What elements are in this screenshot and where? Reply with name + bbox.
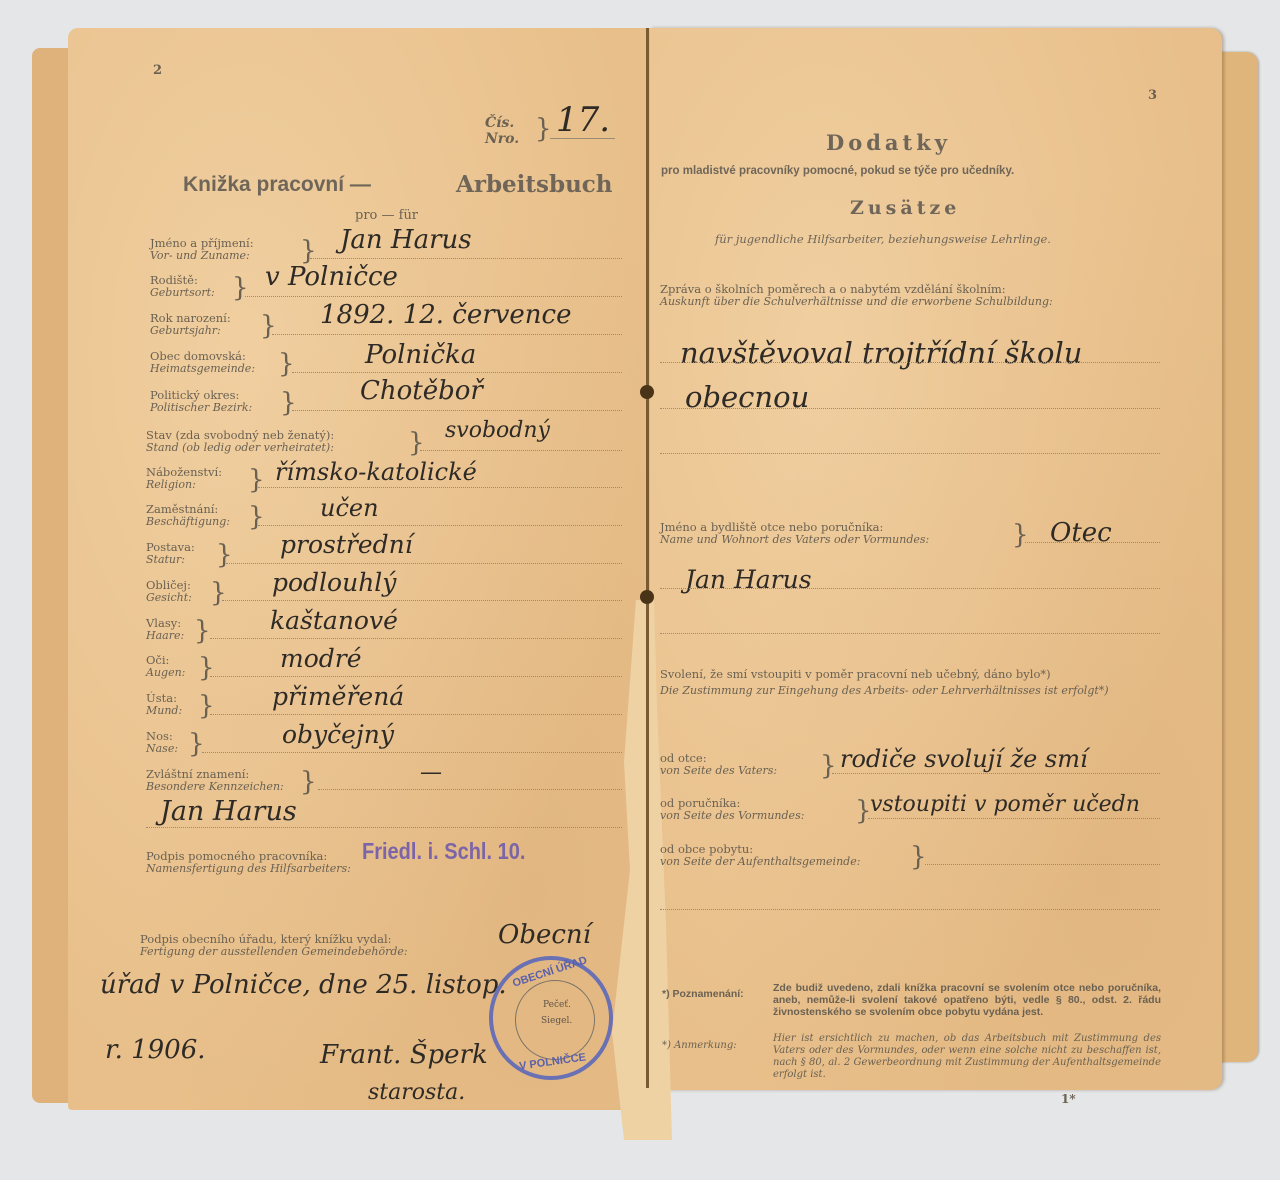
title-dodatky: Dodatky xyxy=(826,130,951,155)
field-line xyxy=(258,487,622,488)
page-number-left: 2 xyxy=(153,63,162,78)
label: *) Poznamenání: xyxy=(662,988,744,1000)
field-stature: Postava: Statur: xyxy=(146,541,195,566)
field-line xyxy=(272,334,622,335)
brace: } xyxy=(300,238,317,264)
field-occupation: Zaměstnání: Beschäftigung: xyxy=(146,503,230,528)
school-label: Zpráva o školních poměrech a o nabytém v… xyxy=(660,283,1053,308)
field-line xyxy=(210,676,622,677)
field-label-de: Nase: xyxy=(146,743,178,755)
field-line xyxy=(420,450,622,451)
brace: } xyxy=(820,753,837,779)
subtitle-cz: pro mladistvé pracovníky pomocné, pokud … xyxy=(661,165,1014,177)
consent-label: Svolení, že smí vstoupiti v poměr pracov… xyxy=(660,668,1160,697)
mayor-signature: Frant. Šperk xyxy=(320,1040,488,1070)
field-line xyxy=(310,258,622,259)
field-eyes: Oči: Augen: xyxy=(146,654,185,679)
consent-line-guardian xyxy=(868,818,1160,819)
office-text-2: úřad v Polničce, dne 25. listop. xyxy=(100,970,507,1000)
field-label-de: Haare: xyxy=(146,630,184,642)
office-text-3: r. 1906. xyxy=(105,1035,206,1065)
holder-signature-label: Podpis pomocného pracovníka: Namensferti… xyxy=(146,850,351,875)
label-de: Namensfertigung des Hilfsarbeiters: xyxy=(146,863,351,875)
consent-value-guardian: vstoupiti v poměr učedn xyxy=(870,792,1140,817)
field-line xyxy=(210,638,622,639)
number-label: Čís. Nro. xyxy=(485,115,519,147)
brace: } xyxy=(232,275,249,301)
consent-value-father: rodiče svolují že smí xyxy=(840,745,1088,773)
note-label-cz: *) Poznamenání: xyxy=(662,982,744,1001)
field-mouth: Ústa: Mund: xyxy=(146,692,182,717)
label-de: Fertigung der ausstellenden Gemeindebehö… xyxy=(140,946,408,958)
brace: } xyxy=(194,618,211,644)
brace: } xyxy=(408,430,425,456)
field-line xyxy=(292,410,622,411)
field-value-birth-year: 1892. 12. července xyxy=(320,300,571,330)
office-signature-label: Podpis obecního úřadu, který knížku vyda… xyxy=(140,933,408,958)
field-marital-status: Stav (zda svobodný neb ženatý): Stand (o… xyxy=(146,429,334,454)
consent-line-municipality xyxy=(925,864,1160,865)
brace: } xyxy=(300,769,317,795)
signature-line xyxy=(146,827,622,828)
field-value-face: podlouhlý xyxy=(272,568,396,597)
label-de: von Seite des Vaters: xyxy=(660,765,777,777)
field-value-stature: prostřední xyxy=(280,530,413,559)
subtitle-de: für jugendliche Hilfsarbeiter, beziehung… xyxy=(715,232,1051,246)
field-value-eyes: modré xyxy=(280,644,362,673)
brace: } xyxy=(278,351,295,377)
consent-line-extra xyxy=(660,909,1160,910)
field-line xyxy=(202,752,622,753)
field-district: Politický okres: Politischer Bezirk: xyxy=(150,389,252,414)
holder-signature: Jan Harus xyxy=(160,796,297,827)
number-line xyxy=(550,138,615,139)
field-value-hair: kaštanové xyxy=(270,606,398,635)
brace: } xyxy=(260,313,277,339)
field-line xyxy=(210,714,622,715)
field-value-birthplace: v Polničce xyxy=(265,262,398,292)
field-value-mouth: přiměřená xyxy=(272,682,404,711)
municipal-seal: OBECNÍ ÚŘAD V POLNIČCE Pečeť. Siegel. xyxy=(489,956,613,1080)
page-number-right: 3 xyxy=(1148,88,1157,103)
field-label-de: Geburtsjahr: xyxy=(150,325,231,337)
field-value-occupation: učen xyxy=(320,494,379,522)
note-text-cz: Zde budiž uvedeno, zdali knížka pracovní… xyxy=(773,982,1161,1018)
binding-hole xyxy=(640,590,654,604)
label-de: Name und Wohnort des Vaters oder Vormund… xyxy=(660,534,929,546)
mayor-title: starosta. xyxy=(368,1080,465,1105)
field-birth-year: Rok narození: Geburtsjahr: xyxy=(150,312,231,337)
field-value-home-municipality: Polnička xyxy=(365,340,476,370)
note-label-de: *) Anmerkung: xyxy=(662,1033,737,1052)
father-value-1: Otec xyxy=(1050,518,1112,548)
violet-stamp: Friedl. i. Schl. 10. xyxy=(362,839,525,865)
field-hair: Vlasy: Haare: xyxy=(146,617,184,642)
field-label-de: Gesicht: xyxy=(146,592,192,604)
field-line xyxy=(226,563,622,564)
school-value-1: navštěvoval trojtřídní školu xyxy=(680,336,1082,370)
field-value-marital-status: svobodný xyxy=(445,418,550,443)
brace: } xyxy=(910,844,927,870)
field-value-district: Chotěboř xyxy=(360,376,483,406)
brace: } xyxy=(210,580,227,606)
field-nose: Nos: Nase: xyxy=(146,730,178,755)
field-label-de: Geburtsort: xyxy=(150,287,215,299)
field-label-de: Statur: xyxy=(146,554,195,566)
field-line xyxy=(245,296,622,297)
label: *) Anmerkung: xyxy=(662,1040,737,1051)
field-label-de: Augen: xyxy=(146,667,185,679)
school-line-1 xyxy=(660,362,1160,363)
brace: } xyxy=(248,467,265,493)
number-label-cz: Čís. xyxy=(485,115,519,131)
note-text-de: Hier ist ersichtlich zu machen, ob das A… xyxy=(773,1033,1161,1081)
brace: } xyxy=(280,390,297,416)
seal-center-cz: Pečeť. xyxy=(543,1000,571,1010)
field-label-de: Politischer Bezirk: xyxy=(150,402,252,414)
label-cz: Svolení, že smí vstoupiti v poměr pracov… xyxy=(660,668,1160,681)
field-line xyxy=(258,525,622,526)
office-text-1: Obecní xyxy=(498,920,591,950)
brace: } xyxy=(1012,522,1029,548)
field-line xyxy=(318,789,622,790)
field-value-nose: obyčejný xyxy=(282,720,394,749)
number-label-de: Nro. xyxy=(485,131,519,147)
title-zusaetze: Zusätze xyxy=(850,197,960,219)
label-de: Auskunft über die Schulverhältnisse und … xyxy=(660,296,1053,308)
title-cz: Knižka pracovní — xyxy=(183,173,371,197)
father-line-3 xyxy=(660,633,1160,634)
father-value-2: Jan Harus xyxy=(685,565,812,594)
right-page xyxy=(650,28,1222,1090)
binding-hole xyxy=(640,385,654,399)
binding-spine xyxy=(646,28,649,1088)
label-de: von Seite der Aufenthaltsgemeinde: xyxy=(660,856,860,868)
field-birthplace: Rodiště: Geburtsort: xyxy=(150,274,215,299)
field-value-name: Jan Harus xyxy=(340,225,472,255)
father-line-2 xyxy=(660,588,1160,589)
label-de: Die Zustimmung zur Eingehung des Arbeits… xyxy=(660,685,1160,697)
consent-guardian: od poručníka: von Seite des Vormundes: xyxy=(660,797,804,822)
field-line xyxy=(222,600,622,601)
brace: } xyxy=(248,504,265,530)
brace: } xyxy=(198,655,215,681)
field-religion: Náboženství: Religion: xyxy=(146,466,222,491)
consent-father: od otce: von Seite des Vaters: xyxy=(660,752,777,777)
for-label: pro — für xyxy=(355,208,418,223)
field-label-de: Besondere Kennzeichen: xyxy=(146,781,284,793)
seal-center-de: Siegel. xyxy=(541,1016,572,1026)
brace: } xyxy=(198,693,215,719)
brace: } xyxy=(188,731,205,757)
booklet-number: 17. xyxy=(556,100,610,140)
field-special-marks: Zvláštní znamení: Besondere Kennzeichen: xyxy=(146,768,284,793)
label-de: von Seite des Vormundes: xyxy=(660,810,804,822)
father-label: Jméno a bydliště otce nebo poručníka: Na… xyxy=(660,521,929,546)
field-label-de: Mund: xyxy=(146,705,182,717)
field-name: Jméno a příjmení: Vor- und Zuname: xyxy=(150,237,254,262)
field-label-de: Religion: xyxy=(146,479,222,491)
field-face: Obličej: Gesicht: xyxy=(146,579,192,604)
title-de: Arbeitsbuch xyxy=(456,171,613,198)
field-label-de: Heimatsgemeinde: xyxy=(150,363,255,375)
field-line xyxy=(292,372,622,373)
signature-mark: 1* xyxy=(1061,1092,1076,1106)
field-home-municipality: Obec domovská: Heimatsgemeinde: xyxy=(150,350,255,375)
field-label-de: Stand (ob ledig oder verheiratet): xyxy=(146,442,334,454)
field-label-de: Vor- und Zuname: xyxy=(150,250,254,262)
consent-municipality: od obce pobytu: von Seite der Aufenthalt… xyxy=(660,843,860,868)
field-label-de: Beschäftigung: xyxy=(146,516,230,528)
field-value-religion: římsko-katolické xyxy=(275,458,477,486)
consent-line-father xyxy=(832,773,1160,774)
brace: } xyxy=(216,542,233,568)
field-value-special-marks: — xyxy=(420,760,442,785)
school-line-2 xyxy=(660,408,1160,409)
school-line-3 xyxy=(660,453,1160,454)
